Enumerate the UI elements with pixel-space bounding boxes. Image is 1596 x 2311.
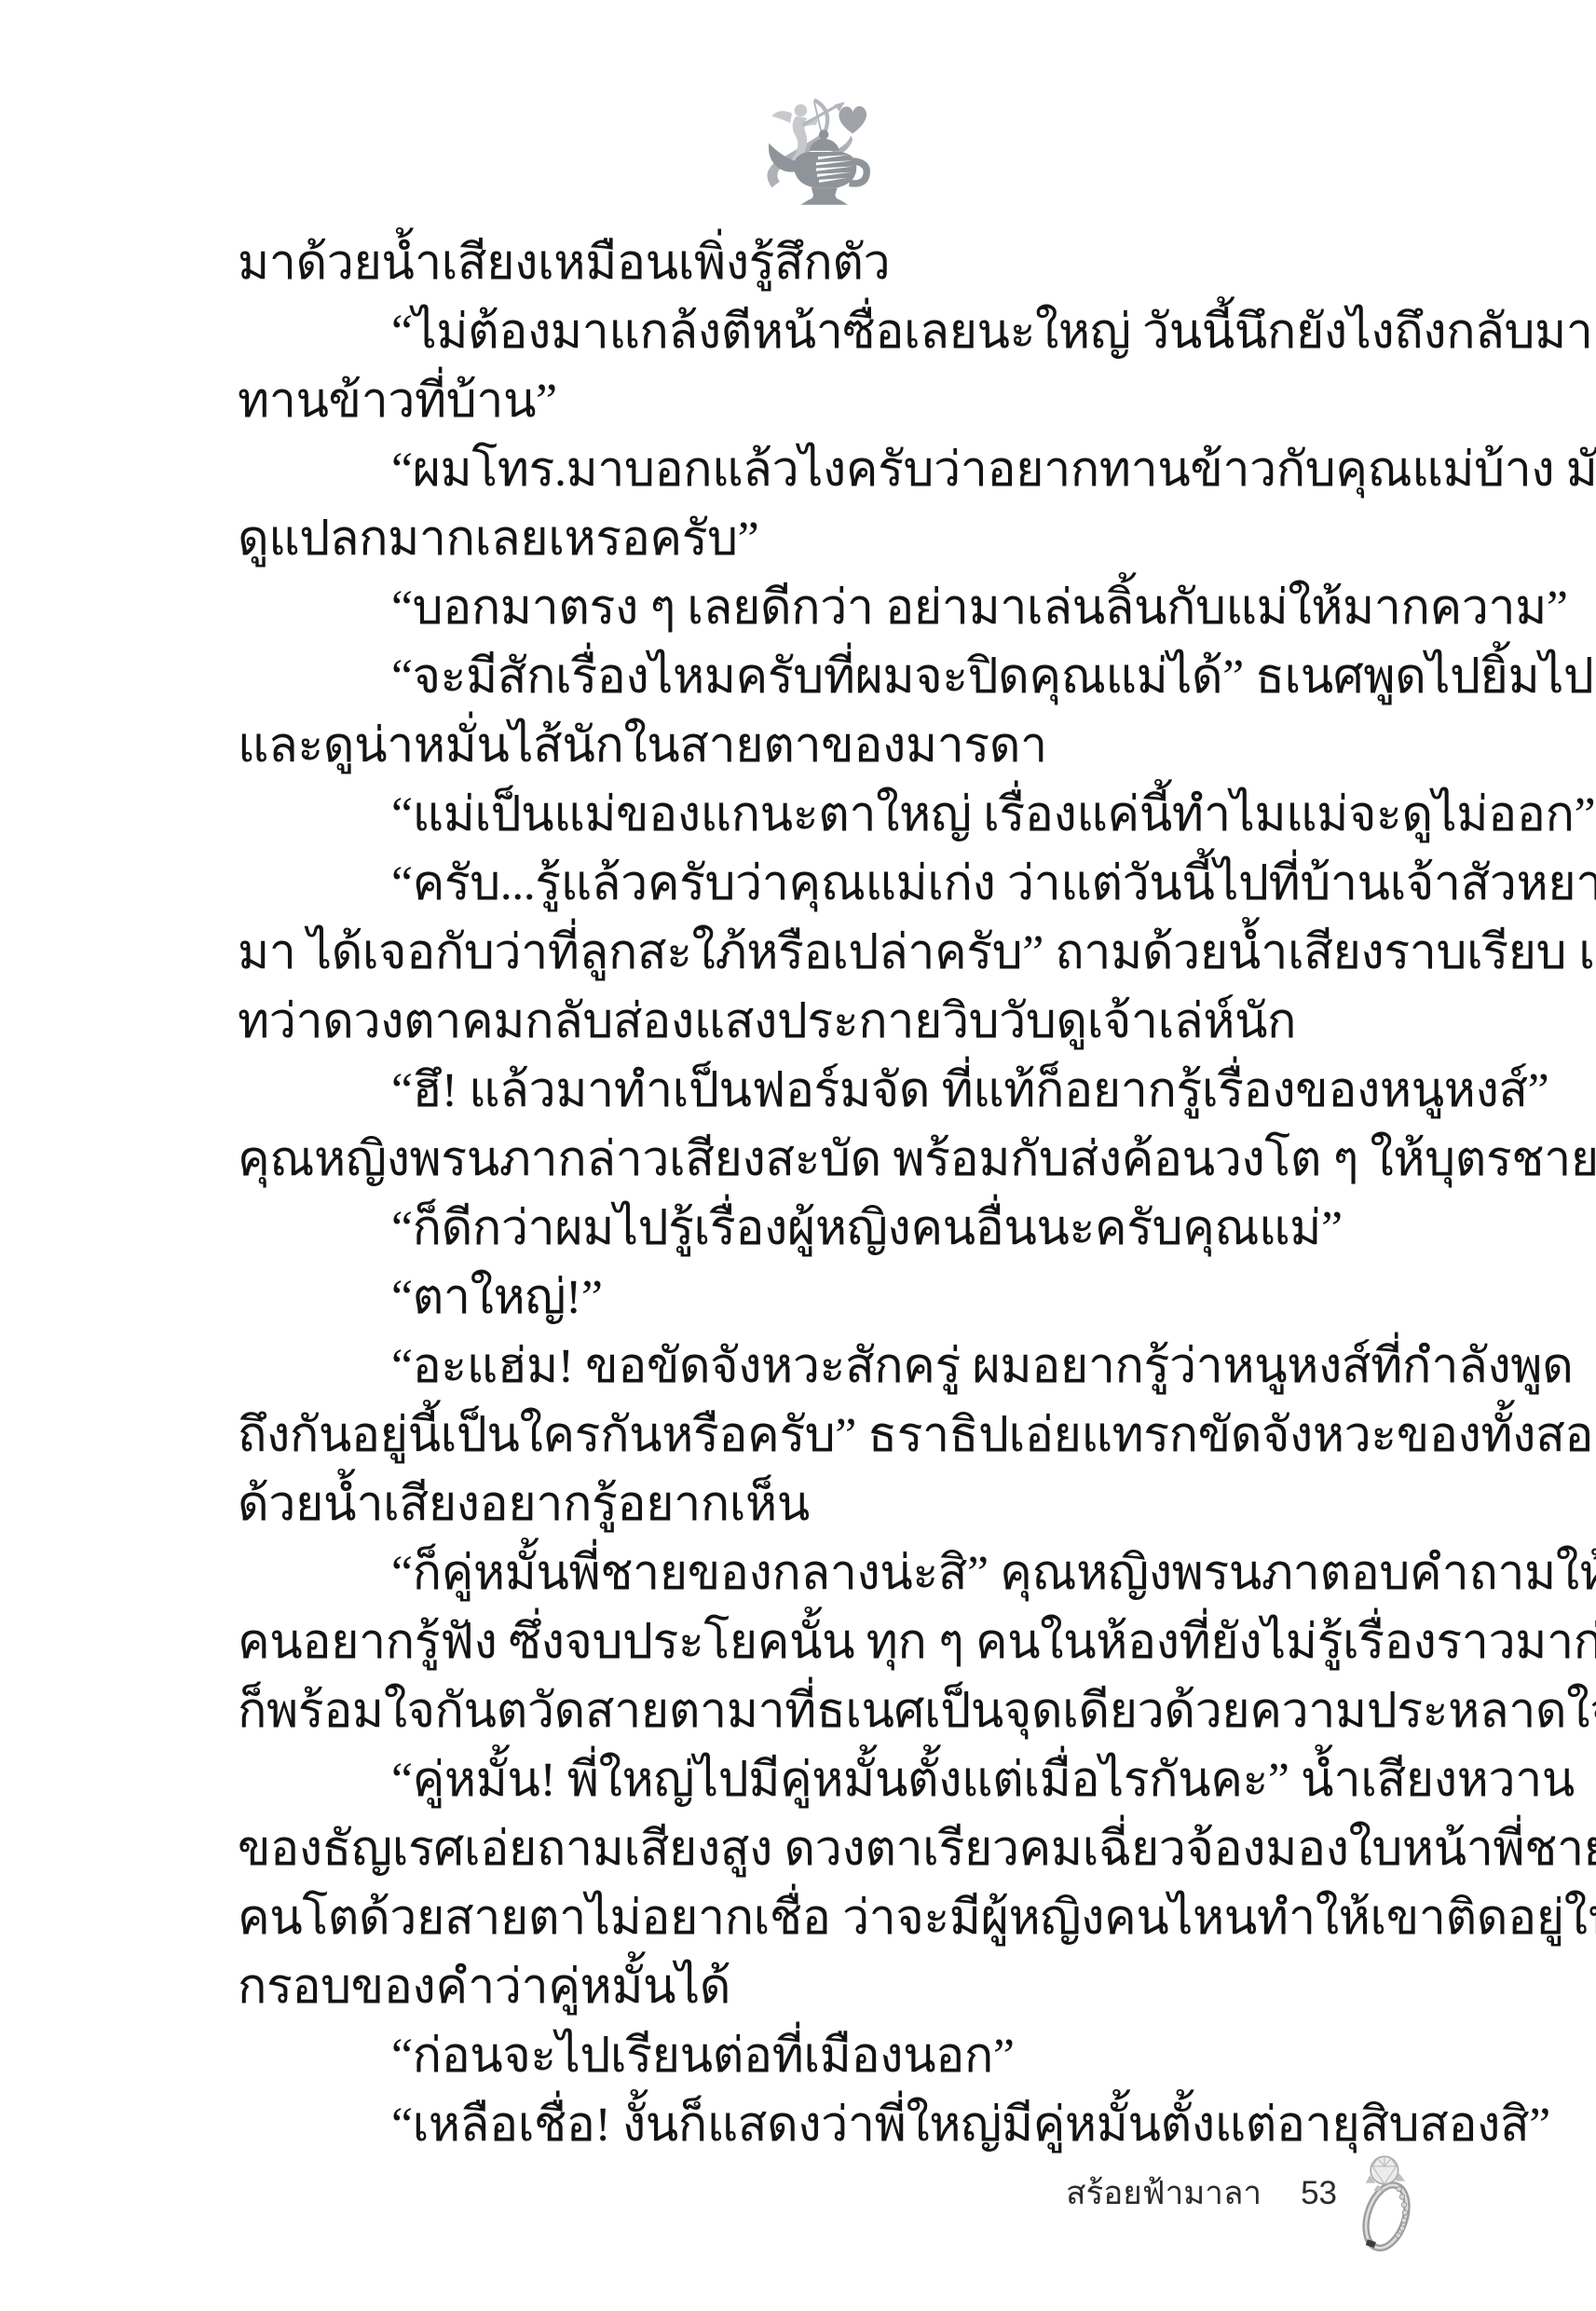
page-footer: สร้อยฟ้ามาลา53	[238, 2171, 1337, 2216]
text-line: กรอบของคำว่าคู่หมั้นได้	[238, 1953, 1432, 2022]
text-line: “คู่หมั้น! พี่ใหญ่ไปมีคู่หมั้นตั้งแต่เมื…	[238, 1746, 1432, 1815]
text-line: “ก็คู่หมั้นพี่ชายของกลางน่ะสิ” คุณหญิงพร…	[238, 1539, 1432, 1608]
text-line: “ไม่ต้องมาแกล้งตีหน้าซื่อเลยนะใหญ่ วันนี…	[238, 298, 1432, 367]
lamp-cupid-heart-icon	[764, 95, 872, 211]
text-line: “อะแฮ่ม! ขอขัดจังหวะสักครู่ ผมอยากรู้ว่า…	[238, 1333, 1432, 1402]
book-title: สร้อยฟ้ามาลา	[1066, 2175, 1262, 2211]
page-number: 53	[1301, 2175, 1337, 2211]
text-line: ดูแปลกมากเลยเหรอครับ”	[238, 505, 1432, 574]
text-line: “ฮึ! แล้วมาทำเป็นฟอร์มจัด ที่แท้ก็อยากรู…	[238, 1057, 1432, 1126]
book-page: มาด้วยน้ำเสียงเหมือนเพิ่งรู้สึกตัว“ไม่ต้…	[0, 0, 1596, 2311]
text-line: “เหลือเชื่อ! งั้นก็แสดงว่าพี่ใหญ่มีคู่หม…	[238, 2091, 1432, 2160]
body-text: มาด้วยน้ำเสียงเหมือนเพิ่งรู้สึกตัว“ไม่ต้…	[238, 229, 1432, 2160]
text-line: ทว่าดวงตาคมกลับส่องแสงประกายวิบวับดูเจ้า…	[238, 988, 1432, 1057]
text-line: คนอยากรู้ฟัง ซึ่งจบประโยคนั้น ทุก ๆ คนใน…	[238, 1608, 1432, 1677]
text-line: “ครับ...รู้แล้วครับว่าคุณแม่เก่ง ว่าแต่ว…	[238, 850, 1432, 919]
text-line: ถึงกันอยู่นี้เป็นใครกันหรือครับ” ธราธิปเ…	[238, 1402, 1432, 1470]
text-line: “ก่อนจะไปเรียนต่อที่เมืองนอก”	[238, 2022, 1432, 2091]
text-line: มา ได้เจอกับว่าที่ลูกสะใภ้หรือเปล่าครับ”…	[238, 919, 1432, 988]
diamond-ring-icon	[1354, 2154, 1419, 2258]
text-line: ของธัญเรศเอ่ยถามเสียงสูง ดวงตาเรียวคมเฉี…	[238, 1815, 1432, 1884]
text-line: คุณหญิงพรนภากล่าวเสียงสะบัด พร้อมกับส่งค…	[238, 1126, 1432, 1195]
text-line: ด้วยน้ำเสียงอยากรู้อยากเห็น	[238, 1470, 1432, 1539]
text-line: “ก็ดีกว่าผมไปรู้เรื่องผู้หญิงคนอื่นนะครั…	[238, 1195, 1432, 1264]
text-line: “ตาใหญ่!”	[238, 1264, 1432, 1333]
text-line: “แม่เป็นแม่ของแกนะตาใหญ่ เรื่องแค่นี้ทำไ…	[238, 781, 1432, 850]
text-line: มาด้วยน้ำเสียงเหมือนเพิ่งรู้สึกตัว	[238, 229, 1432, 298]
text-line: “บอกมาตรง ๆ เลยดีกว่า อย่ามาเล่นลิ้นกับแ…	[238, 574, 1432, 643]
text-line: คนโตด้วยสายตาไม่อยากเชื่อ ว่าจะมีผู้หญิง…	[238, 1884, 1432, 1953]
text-line: ก็พร้อมใจกันตวัดสายตามาที่ธเนศเป็นจุดเดี…	[238, 1677, 1432, 1746]
text-line: ทานข้าวที่บ้าน”	[238, 367, 1432, 436]
text-line: “ผมโทร.มาบอกแล้วไงครับว่าอยากทานข้าวกับค…	[238, 436, 1432, 505]
text-line: และดูน่าหมั่นไส้นักในสายตาของมารดา	[238, 712, 1432, 781]
text-line: “จะมีสักเรื่องไหมครับที่ผมจะปิดคุณแม่ได้…	[238, 643, 1432, 712]
